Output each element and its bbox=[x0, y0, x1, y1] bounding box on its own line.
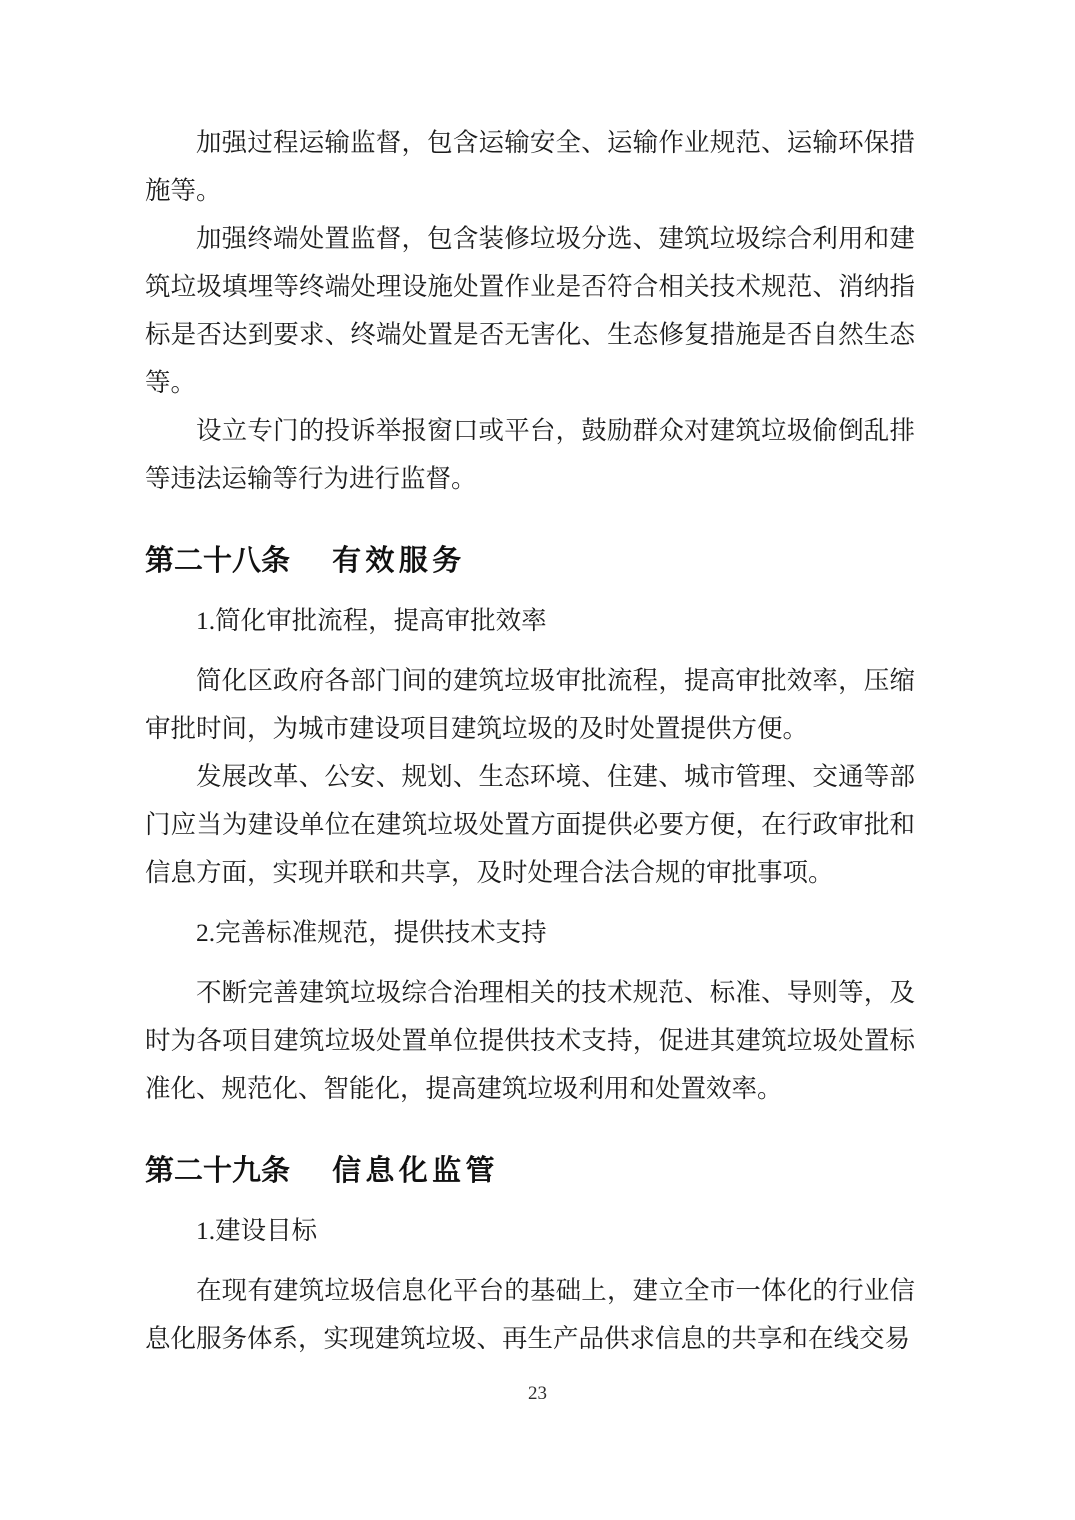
paragraph-simplify-approval-detail: 简化区政府各部门间的建筑垃圾审批流程，提高审批效率，压缩审批时间，为城市建设项目… bbox=[145, 657, 915, 753]
article-heading-29: 第二十九条信息化监管 bbox=[145, 1147, 915, 1195]
numbered-item-construction-goal: 1.建设目标 bbox=[145, 1207, 915, 1255]
paragraph-standards-support-detail: 不断完善建筑垃圾综合治理相关的技术规范、标准、导则等，及时为各项目建筑垃圾处置单… bbox=[145, 969, 915, 1113]
document-body: 加强过程运输监督，包含运输安全、运输作业规范、运输环保措施等。 加强终端处置监督… bbox=[145, 119, 915, 1363]
article-number: 第二十九条 bbox=[145, 1155, 290, 1187]
document-page: 加强过程运输监督，包含运输安全、运输作业规范、运输环保措施等。 加强终端处置监督… bbox=[0, 0, 1075, 1520]
article-number: 第二十八条 bbox=[145, 545, 290, 577]
page-number: 23 bbox=[0, 1382, 1075, 1406]
article-title: 信息化监管 bbox=[332, 1155, 499, 1187]
paragraph-complaint-platform: 设立专门的投诉举报窗口或平台，鼓励群众对建筑垃圾偷倒乱排等违法运输等行为进行监督… bbox=[145, 407, 915, 503]
paragraph-transport-supervision: 加强过程运输监督，包含运输安全、运输作业规范、运输环保措施等。 bbox=[145, 119, 915, 215]
numbered-item-simplify-approval: 1.简化审批流程，提高审批效率 bbox=[145, 597, 915, 645]
article-title: 有效服务 bbox=[332, 545, 465, 577]
article-heading-28: 第二十八条有效服务 bbox=[145, 537, 915, 585]
paragraph-information-platform: 在现有建筑垃圾信息化平台的基础上，建立全市一体化的行业信息化服务体系，实现建筑垃… bbox=[145, 1267, 915, 1363]
numbered-item-standards-support: 2.完善标准规范，提供技术支持 bbox=[145, 909, 915, 957]
paragraph-terminal-disposal-supervision: 加强终端处置监督，包含装修垃圾分选、建筑垃圾综合利用和建筑垃圾填埋等终端处理设施… bbox=[145, 215, 915, 407]
paragraph-departments-cooperation: 发展改革、公安、规划、生态环境、住建、城市管理、交通等部门应当为建设单位在建筑垃… bbox=[145, 753, 915, 897]
